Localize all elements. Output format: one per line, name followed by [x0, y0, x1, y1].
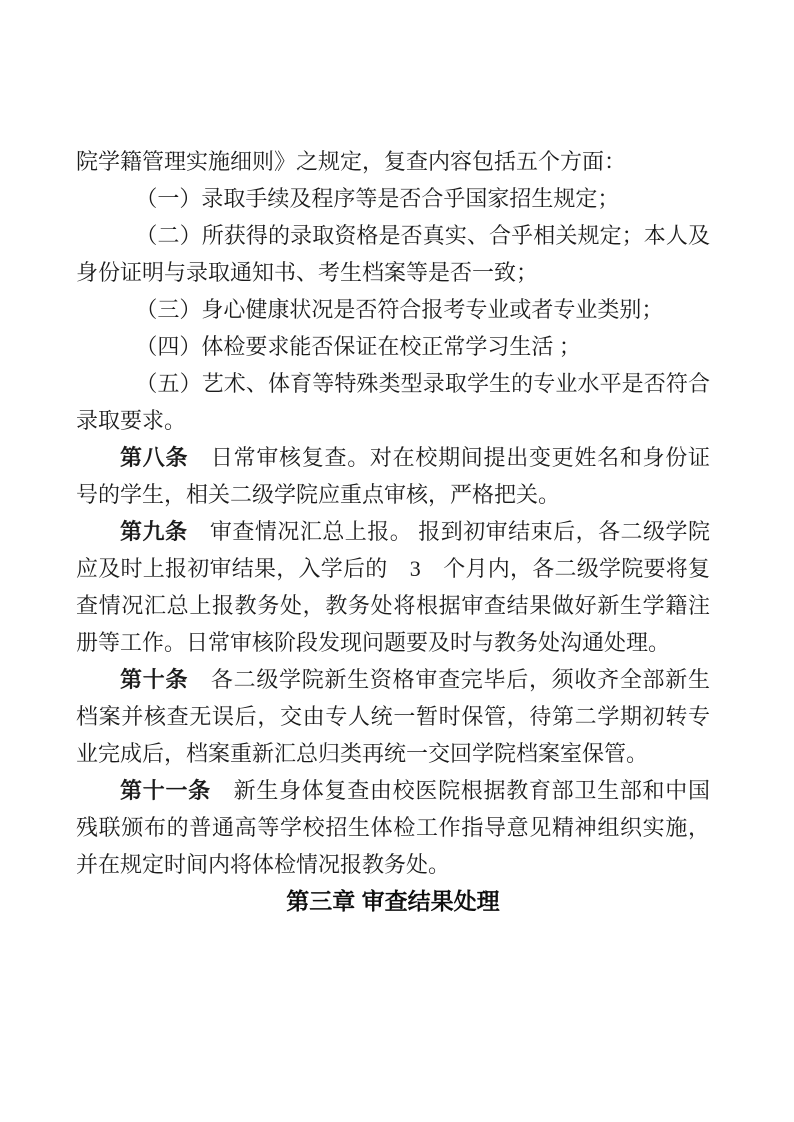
list-item-1: （一）录取手续及程序等是否合乎国家招生规定； — [76, 180, 710, 217]
article-label-9: 第九条 — [120, 519, 187, 544]
article-label-8: 第八条 — [120, 445, 188, 470]
article-label-11: 第十一条 — [120, 778, 211, 803]
article-paragraph-9: 第九条 审查情况汇总上报。 报到初审结束后，各二级学院应及时上报初审结果，入学后… — [76, 513, 710, 661]
article-label-10: 第十条 — [120, 667, 188, 692]
list-item-5: （五）艺术、体育等特殊类型录取学生的专业水平是否符合录取要求。 — [76, 365, 710, 439]
chapter-heading: 第三章 审查结果处理 — [76, 883, 710, 920]
article-paragraph-10: 第十条 各二级学院新生资格审查完毕后，须收齐全部新生档案并核查无误后，交由专人统… — [76, 661, 710, 772]
article-paragraph-8: 第八条 日常审核复查。对在校期间提出变更姓名和身份证号的学生，相关二级学院应重点… — [76, 439, 710, 513]
article-paragraph-11: 第十一条 新生身体复查由校医院根据教育部卫生部和中国残联颁布的普通高等学校招生体… — [76, 772, 710, 883]
document-body: 院学籍管理实施细则》之规定，复查内容包括五个方面： （一）录取手续及程序等是否合… — [76, 143, 710, 920]
list-item-4: （四）体检要求能否保证在校正常学习生活 ； — [76, 328, 710, 365]
list-item-3: （三）身心健康状况是否符合报考专业或者专业类别； — [76, 291, 710, 328]
list-item-2: （二）所获得的录取资格是否真实、合乎相关规定；本人及身份证明与录取通知书、考生档… — [76, 217, 710, 291]
document-page: 院学籍管理实施细则》之规定，复查内容包括五个方面： （一）录取手续及程序等是否合… — [0, 0, 794, 1122]
paragraph-continuation: 院学籍管理实施细则》之规定，复查内容包括五个方面： — [76, 143, 710, 180]
